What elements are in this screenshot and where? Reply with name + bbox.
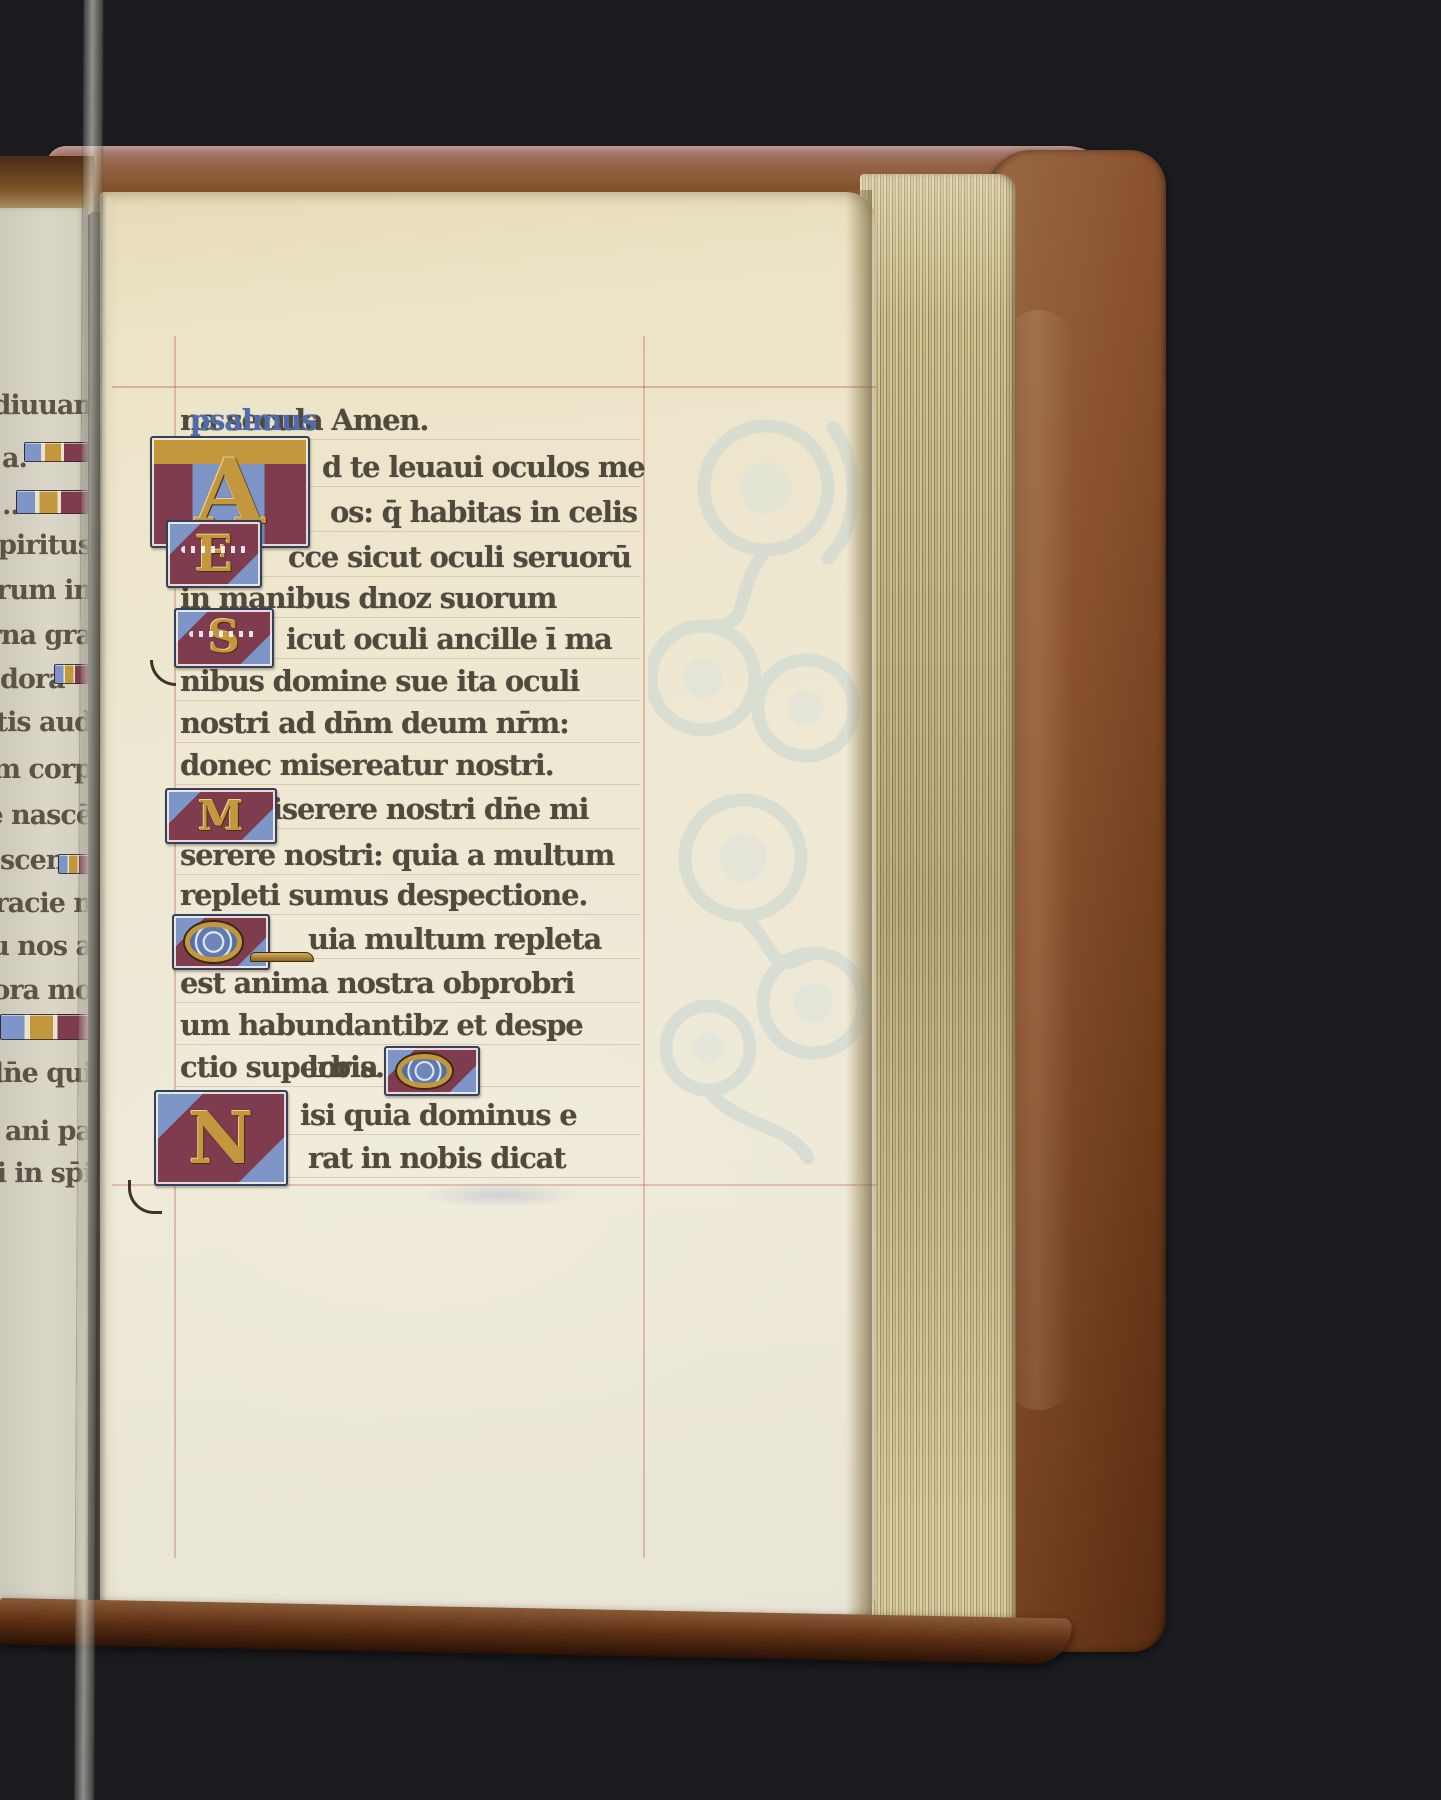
initial-ring-ornament — [185, 922, 241, 962]
white-dot-ornament — [189, 631, 258, 637]
ruled-line-horizontal — [112, 386, 876, 388]
illuminated-initial-G — [384, 1046, 480, 1096]
initial-letter: M — [198, 796, 243, 837]
facing-page-text-fragment: ne ani pa — [0, 1116, 88, 1147]
latin-text-segment: os: q̄ habitas in celis — [330, 495, 637, 529]
initial-letter: E — [195, 529, 233, 579]
decorative-line-filler — [24, 442, 88, 462]
ruled-baseline — [176, 1002, 641, 1003]
latin-text-segment: repleti sumus despectione. — [180, 878, 587, 912]
facing-page-text-fragment: et hora mo — [0, 975, 88, 1006]
ruled-baseline — [176, 874, 641, 875]
recto-page: 65 — [100, 192, 876, 1628]
facing-page-text-fragment: rna gra — [0, 620, 88, 651]
ruled-baseline — [176, 784, 641, 785]
latin-text-segment: icut oculi ancille ī ma — [286, 622, 612, 656]
illuminated-initial-N: N — [154, 1090, 288, 1186]
facing-page-text-fragment: tri in sp̄i — [0, 1158, 88, 1189]
facing-page-text-fragment: ter gracie n — [0, 888, 88, 919]
white-dot-ornament — [181, 546, 247, 552]
illuminated-initial-E: E — [166, 520, 262, 588]
latin-text-segment: iserere nostri dn̄e mi — [272, 792, 588, 826]
photo-of-manuscript: adiuuana...or spiritustuorum inrna grado… — [0, 0, 1441, 1800]
rubric-word: psalmus — [190, 403, 316, 437]
ruled-baseline — [176, 700, 641, 701]
floral-border-offset — [648, 388, 876, 1188]
initial-letter: N — [189, 1103, 254, 1174]
latin-text-segment: d te leuaui oculos me — [322, 450, 645, 484]
initial-gold-tail — [250, 952, 314, 962]
illuminated-initial-M: M — [165, 788, 277, 844]
facing-page-text-fragment: dn̄e qui — [0, 1058, 88, 1089]
decorative-line-filler — [0, 1014, 88, 1040]
latin-text-segment: isi quia dominus e — [300, 1098, 577, 1132]
facing-page-text-fragment: adiuuan — [0, 390, 88, 421]
facing-page-text-fragment: dam corp — [0, 754, 88, 785]
latin-text-segment: est anima nostra obprobri — [180, 966, 574, 1000]
latin-text-segment: cce sicut oculi seruorū — [288, 540, 631, 574]
illuminated-initial-S: S — [174, 608, 274, 668]
decorative-line-filler — [16, 490, 88, 514]
latin-text-segment: nibus domine sue ita oculi — [180, 664, 579, 698]
facing-page-text-fragment: tuorum in — [0, 575, 88, 606]
facing-page-text-fragment: or spiritus — [0, 530, 88, 561]
latin-text-segment: rat in nobis dicat — [308, 1141, 565, 1175]
latin-text-segment: uia multum repleta — [308, 922, 601, 956]
latin-text-segment: nostri ad dn̄m deum nr̄m: — [180, 706, 569, 740]
initial-ring-ornament — [397, 1054, 452, 1089]
latin-text-segment: um habundantibz et despe — [180, 1008, 583, 1042]
ruled-baseline — [176, 742, 641, 743]
initial-letter: S — [208, 616, 240, 660]
facing-page-text-fragment: me nascē — [0, 800, 88, 831]
facing-page-text-fragment: é tu nos a — [0, 931, 88, 962]
ruled-baseline — [176, 1044, 641, 1045]
gilded-page-edges — [860, 174, 1016, 1638]
facing-page-strip: adiuuana...or spiritustuorum inrna grado… — [0, 208, 88, 1608]
facing-page-text-fragment: alutis aud — [0, 707, 88, 738]
page-edges-top-left — [0, 156, 94, 216]
ruled-line-vertical — [643, 336, 645, 1558]
pen-flourish — [150, 660, 176, 686]
latin-text-segment: donec misereatur nostri. — [180, 748, 554, 782]
page-curve-shadow — [846, 190, 872, 1626]
